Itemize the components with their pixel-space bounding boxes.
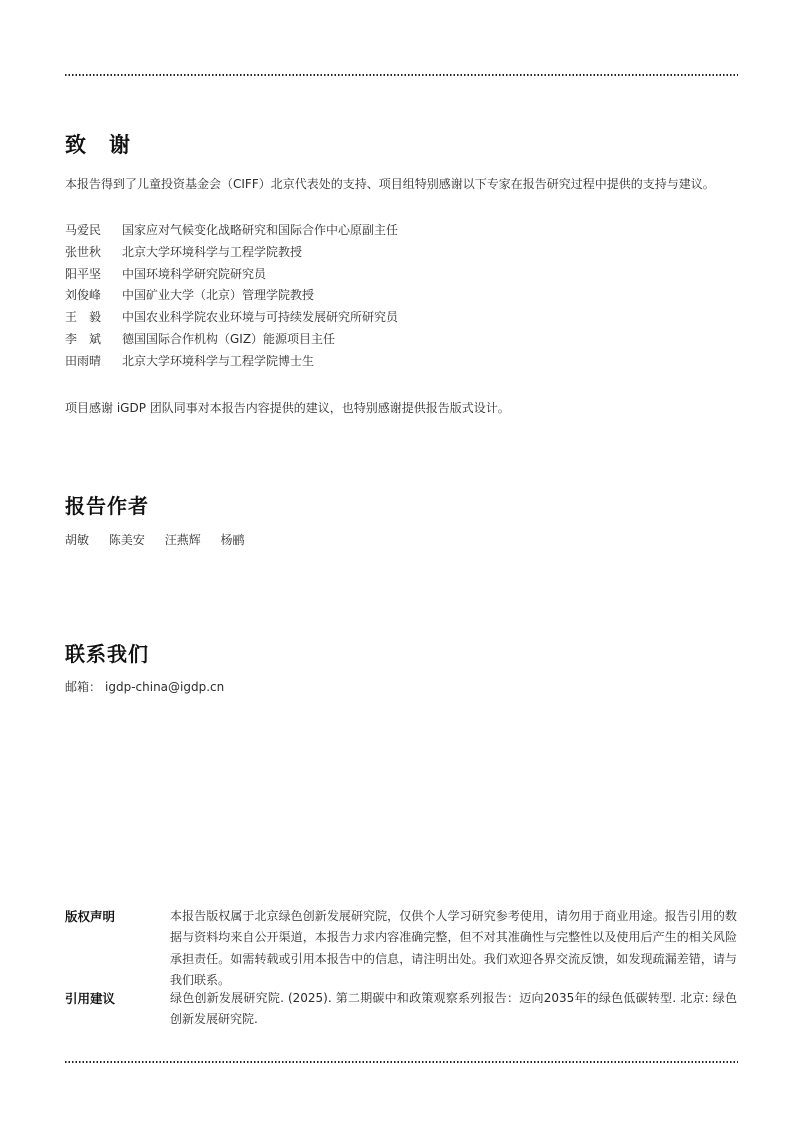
- expert-row: 阳平坚 中国环境科学研究院研究员: [65, 264, 737, 286]
- author-name: 胡敏: [65, 533, 89, 547]
- copyright-label: 版权声明: [65, 906, 170, 991]
- contact-line: 邮箱：igdp-china@igdp.cn: [65, 677, 737, 699]
- expert-affiliation: 中国农业科学院农业环境与可持续发展研究所研究员: [122, 307, 737, 329]
- authors-title: 报告作者: [65, 490, 149, 519]
- expert-row: 张世秋 北京大学环境科学与工程学院教授: [65, 242, 737, 264]
- authors-names: 胡敏 陈美安 汪燕辉 杨鹂: [65, 530, 737, 552]
- copyright-section: 版权声明 本报告版权属于北京绿色创新发展研究院，仅供个人学习研究参考使用，请勿用…: [65, 906, 737, 991]
- expert-affiliation: 德国国际合作机构（GIZ）能源项目主任: [122, 329, 737, 351]
- acknowledgments-title: 致 谢: [65, 129, 131, 159]
- document-page: 致 谢 本报告得到了儿童投资基金会（CIFF）北京代表处的支持、项目组特别感谢以…: [0, 0, 794, 1123]
- email-address: igdp-china@igdp.cn: [105, 680, 224, 694]
- expert-affiliation: 国家应对气候变化战略研究和国际合作中心原副主任: [122, 220, 737, 242]
- expert-name: 张世秋: [65, 242, 122, 264]
- bottom-divider: [65, 1061, 738, 1063]
- expert-name: 李 斌: [65, 329, 122, 351]
- author-name: 陈美安: [109, 533, 145, 547]
- expert-name: 王 毅: [65, 307, 122, 329]
- top-divider: [65, 74, 738, 76]
- citation-text: 绿色创新发展研究院. (2025). 第二期碳中和政策观察系列报告：迈向2035…: [170, 988, 737, 1031]
- citation-section: 引用建议 绿色创新发展研究院. (2025). 第二期碳中和政策观察系列报告：迈…: [65, 988, 737, 1031]
- expert-row: 刘俊峰 中国矿业大学（北京）管理学院教授: [65, 285, 737, 307]
- citation-label: 引用建议: [65, 988, 170, 1031]
- experts-list: 马爱民 国家应对气候变化战略研究和国际合作中心原副主任 张世秋 北京大学环境科学…: [65, 220, 737, 373]
- expert-name: 田雨晴: [65, 351, 122, 373]
- author-name: 杨鹂: [221, 533, 245, 547]
- expert-affiliation: 北京大学环境科学与工程学院博士生: [122, 351, 737, 373]
- expert-affiliation: 北京大学环境科学与工程学院教授: [122, 242, 737, 264]
- acknowledgments-closing: 项目感谢 iGDP 团队同事对本报告内容提供的建议，也特别感谢提供报告版式设计。: [65, 398, 737, 420]
- expert-name: 阳平坚: [65, 264, 122, 286]
- expert-row: 田雨晴 北京大学环境科学与工程学院博士生: [65, 351, 737, 373]
- copyright-text: 本报告版权属于北京绿色创新发展研究院，仅供个人学习研究参考使用，请勿用于商业用途…: [170, 906, 737, 991]
- expert-row: 马爱民 国家应对气候变化战略研究和国际合作中心原副主任: [65, 220, 737, 242]
- contact-title: 联系我们: [65, 638, 149, 667]
- expert-row: 李 斌 德国国际合作机构（GIZ）能源项目主任: [65, 329, 737, 351]
- author-name: 汪燕辉: [165, 533, 201, 547]
- expert-affiliation: 中国矿业大学（北京）管理学院教授: [122, 285, 737, 307]
- expert-name: 刘俊峰: [65, 285, 122, 307]
- acknowledgments-intro: 本报告得到了儿童投资基金会（CIFF）北京代表处的支持、项目组特别感谢以下专家在…: [65, 174, 737, 196]
- email-label: 邮箱：: [65, 680, 101, 694]
- expert-row: 王 毅 中国农业科学院农业环境与可持续发展研究所研究员: [65, 307, 737, 329]
- expert-affiliation: 中国环境科学研究院研究员: [122, 264, 737, 286]
- expert-name: 马爱民: [65, 220, 122, 242]
